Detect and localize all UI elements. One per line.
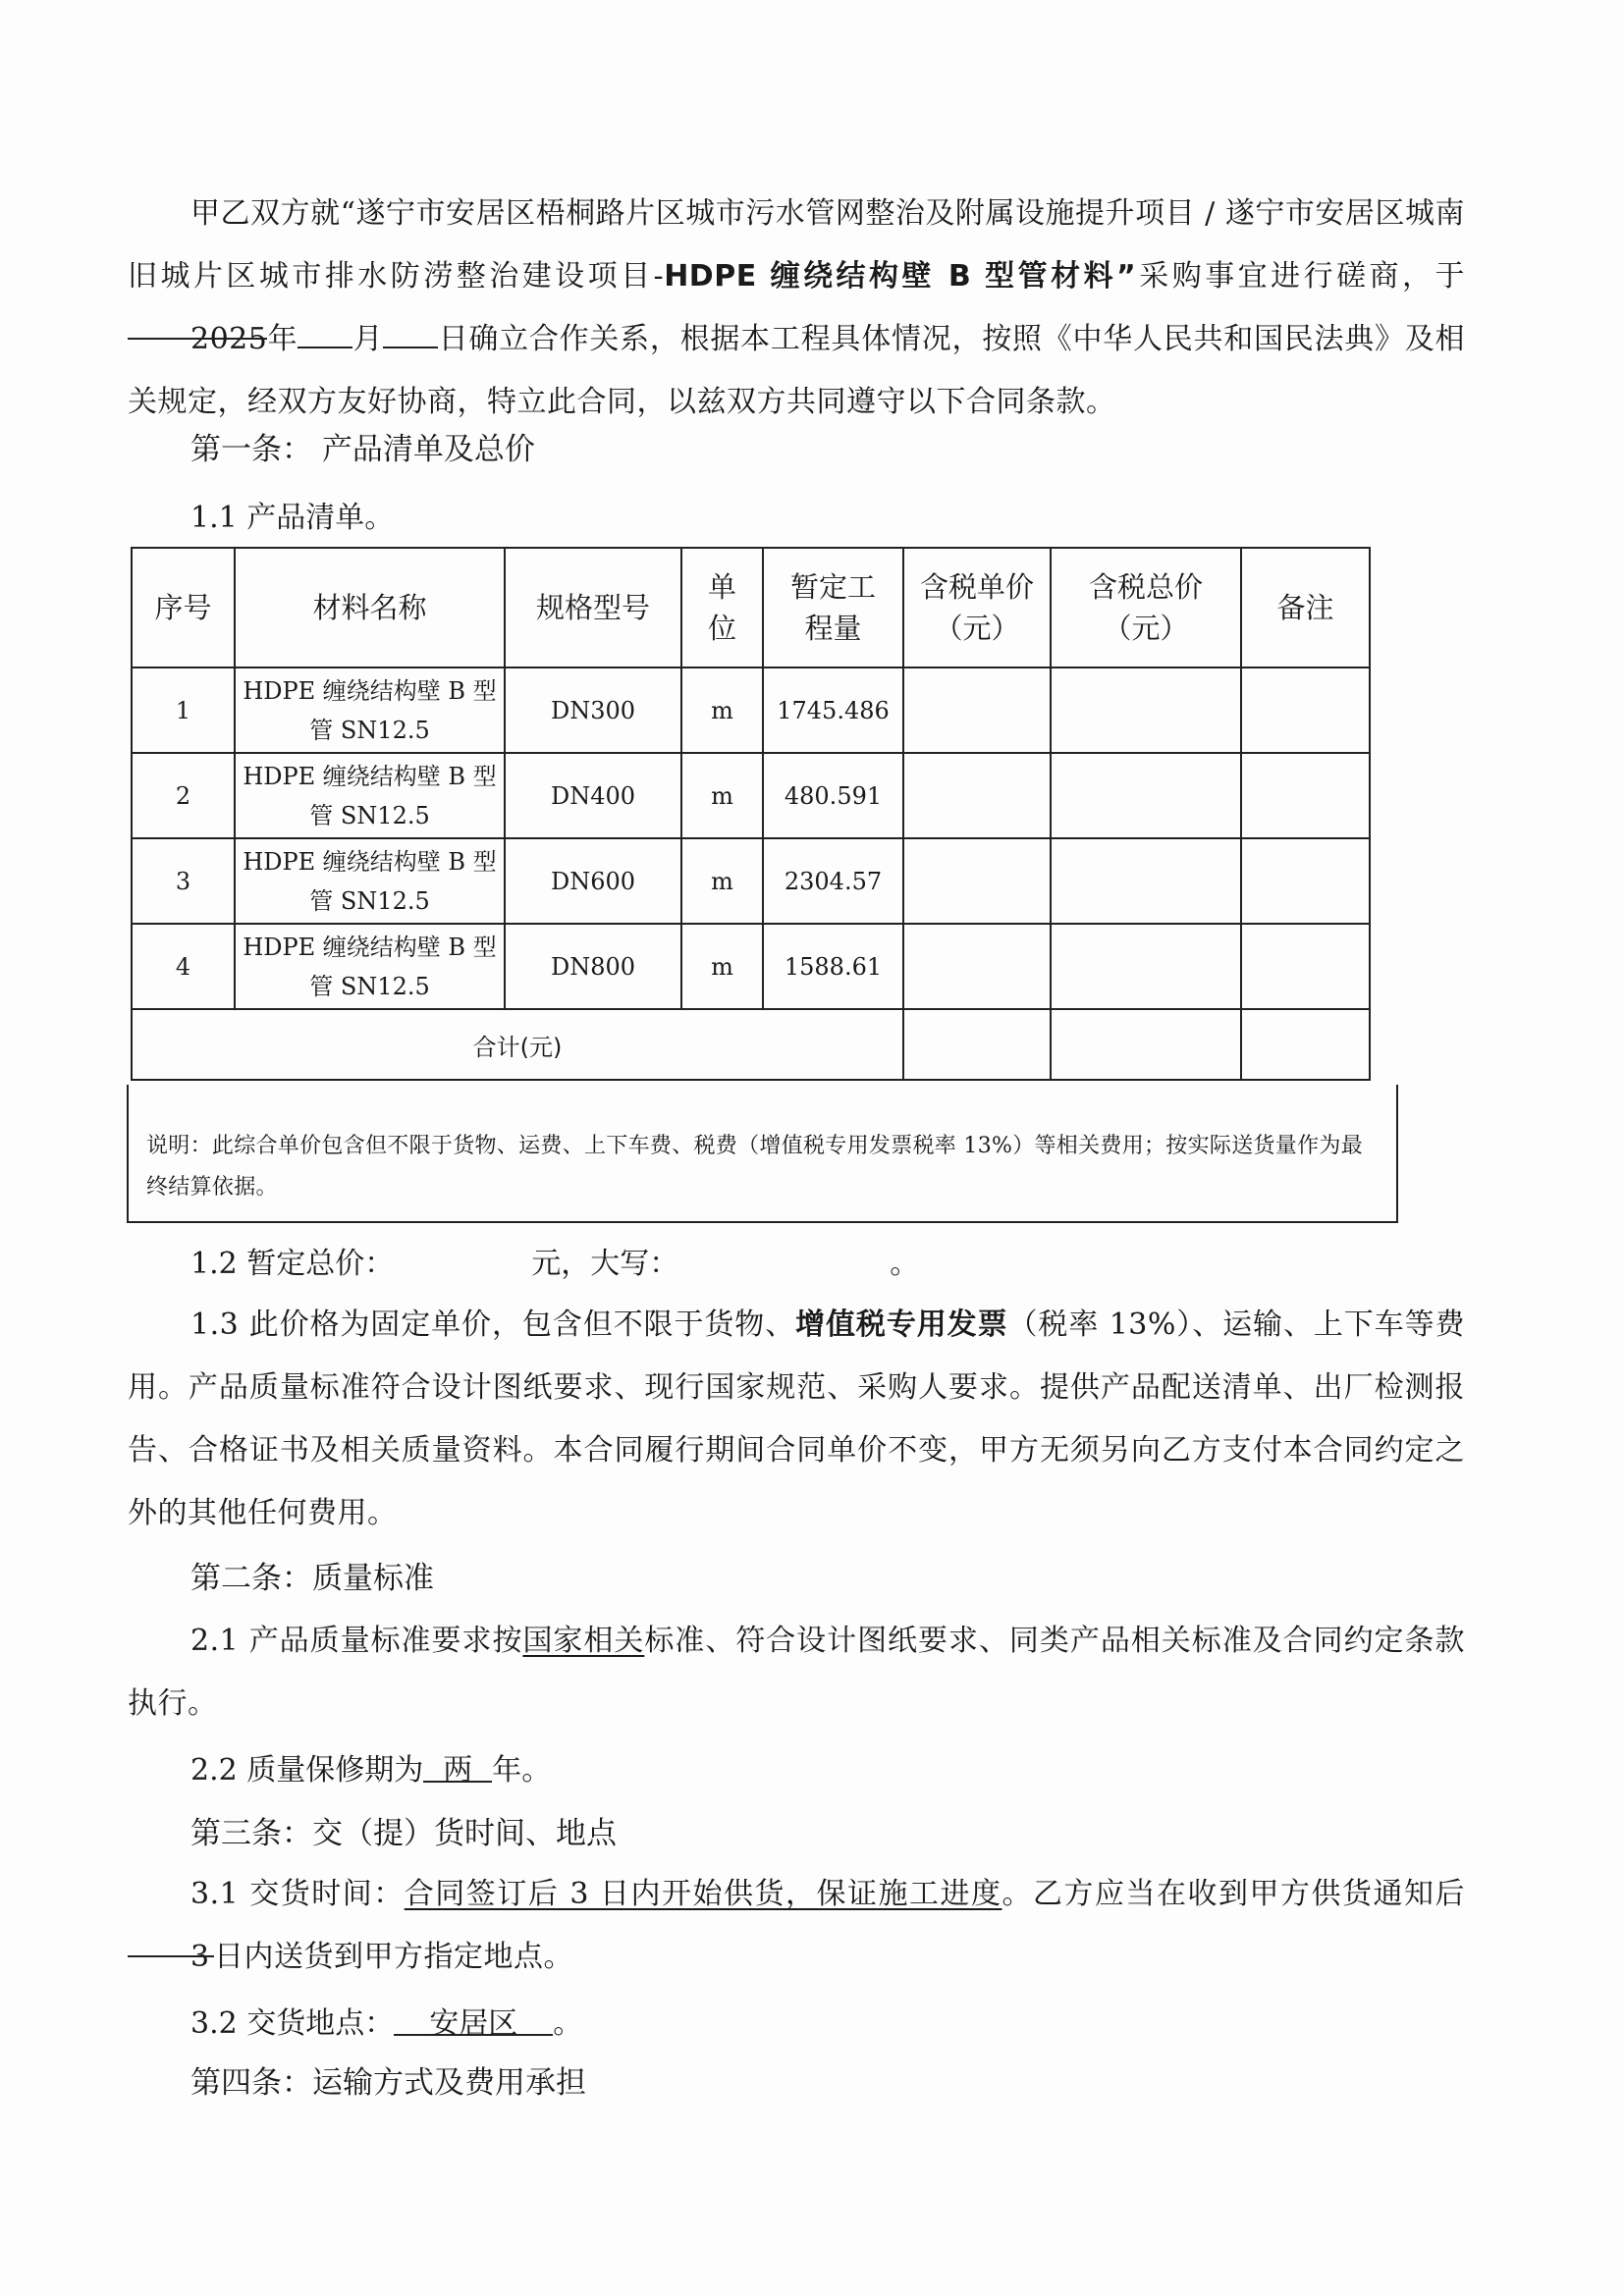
cell-no: 3: [132, 838, 235, 924]
cell-no: 2: [132, 753, 235, 838]
delivery-location-field[interactable]: 安居区: [394, 2004, 553, 2036]
total-remark-cell[interactable]: [1241, 1009, 1370, 1080]
provisional-total-label: 1.2 暂定总价：: [190, 1247, 394, 1281]
intro-material: HDPE 缠绕结构壁 B 型管材料”: [664, 259, 1136, 294]
header-total-price: 含税总价（元）: [1051, 548, 1241, 667]
standard-underlined: 国家相关: [522, 1624, 644, 1658]
year-unit: 年: [267, 322, 298, 356]
cell-remark[interactable]: [1241, 753, 1370, 838]
table-total-row: 合计(元): [132, 1009, 1370, 1080]
section-3-1: 3.1 交货时间：合同签订后 3 日内开始供货，保证施工进度。乙方应当在收到甲方…: [128, 1863, 1465, 1989]
cell-total-price[interactable]: [1051, 667, 1241, 753]
article-1-title: 第一条： 产品清单及总价: [190, 430, 535, 469]
header-spec: 规格型号: [505, 548, 681, 667]
article-4-title: 第四条：运输方式及费用承担: [190, 2063, 586, 2103]
table-note-box: 说明：此综合单价包含但不限于货物、运费、上下车费、税费（增值税专用发票税率 13…: [127, 1085, 1398, 1223]
cell-total-price[interactable]: [1051, 838, 1241, 924]
cell-material-name: HDPE 缠绕结构壁 B 型管 SN12.5: [235, 924, 505, 1009]
cell-no: 4: [132, 924, 235, 1009]
header-remark: 备注: [1241, 548, 1370, 667]
cell-remark[interactable]: [1241, 924, 1370, 1009]
section-1-2: 1.2 暂定总价：元，大写：。: [190, 1245, 919, 1284]
cell-quantity: 1588.61: [763, 924, 903, 1009]
table-row: 2 HDPE 缠绕结构壁 B 型管 SN12.5 DN400 m 480.591: [132, 753, 1370, 838]
section-2-2: 2.2 质量保修期为两年。: [190, 1751, 551, 1790]
intro-paragraph: 甲乙双方就“遂宁市安居区梧桐路片区城市污水管网整治及附属设施提升项目 / 遂宁市…: [128, 183, 1465, 434]
cell-total-price[interactable]: [1051, 924, 1241, 1009]
vat-invoice-text: 增值税专用发票: [795, 1308, 1007, 1342]
provisional-total-unit: 元，大写：: [531, 1247, 678, 1281]
header-quantity: 暂定工程量: [763, 548, 903, 667]
section-3-2: 3.2 交货地点：安居区。: [190, 2004, 582, 2044]
header-unit: 单位: [681, 548, 763, 667]
contract-day-field[interactable]: [383, 317, 438, 348]
table-row: 4 HDPE 缠绕结构壁 B 型管 SN12.5 DN800 m 1588.61: [132, 924, 1370, 1009]
total-label: 合计(元): [132, 1009, 903, 1080]
cell-unit: m: [681, 753, 763, 838]
table-row: 1 HDPE 缠绕结构壁 B 型管 SN12.5 DN300 m 1745.48…: [132, 667, 1370, 753]
header-material-name: 材料名称: [235, 548, 505, 667]
cell-material-name: HDPE 缠绕结构壁 B 型管 SN12.5: [235, 667, 505, 753]
product-table: 序号 材料名称 规格型号 单位 暂定工程量 含税单价（元） 含税总价（元） 备注…: [131, 547, 1371, 1081]
cell-total-price[interactable]: [1051, 753, 1241, 838]
delivery-time-underlined: 合同签订后 3 日内开始供货，保证施工进度: [405, 1877, 1002, 1911]
cell-spec: DN800: [505, 924, 681, 1009]
article-3-title: 第三条：交（提）货时间、地点: [190, 1814, 617, 1853]
cell-spec: DN400: [505, 753, 681, 838]
cell-remark[interactable]: [1241, 838, 1370, 924]
header-unit-price: 含税单价（元）: [903, 548, 1051, 667]
section-1-3: 1.3 此价格为固定单价，包含但不限于货物、增值税专用发票（税率 13%）、运输…: [128, 1294, 1465, 1545]
cell-unit-price[interactable]: [903, 667, 1051, 753]
cell-quantity: 2304.57: [763, 838, 903, 924]
table-header-row: 序号 材料名称 规格型号 单位 暂定工程量 含税单价（元） 含税总价（元） 备注: [132, 548, 1370, 667]
cell-material-name: HDPE 缠绕结构壁 B 型管 SN12.5: [235, 753, 505, 838]
delivery-days-field[interactable]: 3: [128, 1926, 214, 1957]
cell-unit: m: [681, 838, 763, 924]
warranty-years-field[interactable]: 两: [423, 1751, 492, 1783]
cell-spec: DN300: [505, 667, 681, 753]
contract-month-field[interactable]: [298, 317, 352, 348]
total-price-cell[interactable]: [1051, 1009, 1241, 1080]
cell-quantity: 480.591: [763, 753, 903, 838]
section-2-1: 2.1 产品质量标准要求按国家相关标准、符合设计图纸要求、同类产品相关标准及合同…: [128, 1610, 1465, 1735]
product-table-wrapper: 序号 材料名称 规格型号 单位 暂定工程量 含税单价（元） 含税总价（元） 备注…: [131, 547, 1371, 1081]
contract-year-field[interactable]: 2025: [128, 308, 267, 340]
cell-no: 1: [132, 667, 235, 753]
cell-unit: m: [681, 924, 763, 1009]
article-2-title: 第二条：质量标准: [190, 1559, 434, 1598]
intro-after-material: 采购事宜进行磋商，于: [1136, 259, 1465, 294]
month-unit: 月: [352, 322, 383, 356]
cell-unit-price[interactable]: [903, 753, 1051, 838]
cell-material-name: HDPE 缠绕结构壁 B 型管 SN12.5: [235, 838, 505, 924]
cell-quantity: 1745.486: [763, 667, 903, 753]
cell-remark[interactable]: [1241, 667, 1370, 753]
header-no: 序号: [132, 548, 235, 667]
cell-unit: m: [681, 667, 763, 753]
contract-page: 甲乙双方就“遂宁市安居区梧桐路片区城市污水管网整治及附属设施提升项目 / 遂宁市…: [0, 0, 1624, 2296]
section-1-1-title: 1.1 产品清单。: [190, 499, 394, 538]
total-unit-price-cell[interactable]: [903, 1009, 1051, 1080]
cell-unit-price[interactable]: [903, 838, 1051, 924]
table-note: 说明：此综合单价包含但不限于货物、运费、上下车费、税费（增值税专用发票税率 13…: [146, 1126, 1383, 1208]
cell-spec: DN600: [505, 838, 681, 924]
table-row: 3 HDPE 缠绕结构壁 B 型管 SN12.5 DN600 m 2304.57: [132, 838, 1370, 924]
cell-unit-price[interactable]: [903, 924, 1051, 1009]
